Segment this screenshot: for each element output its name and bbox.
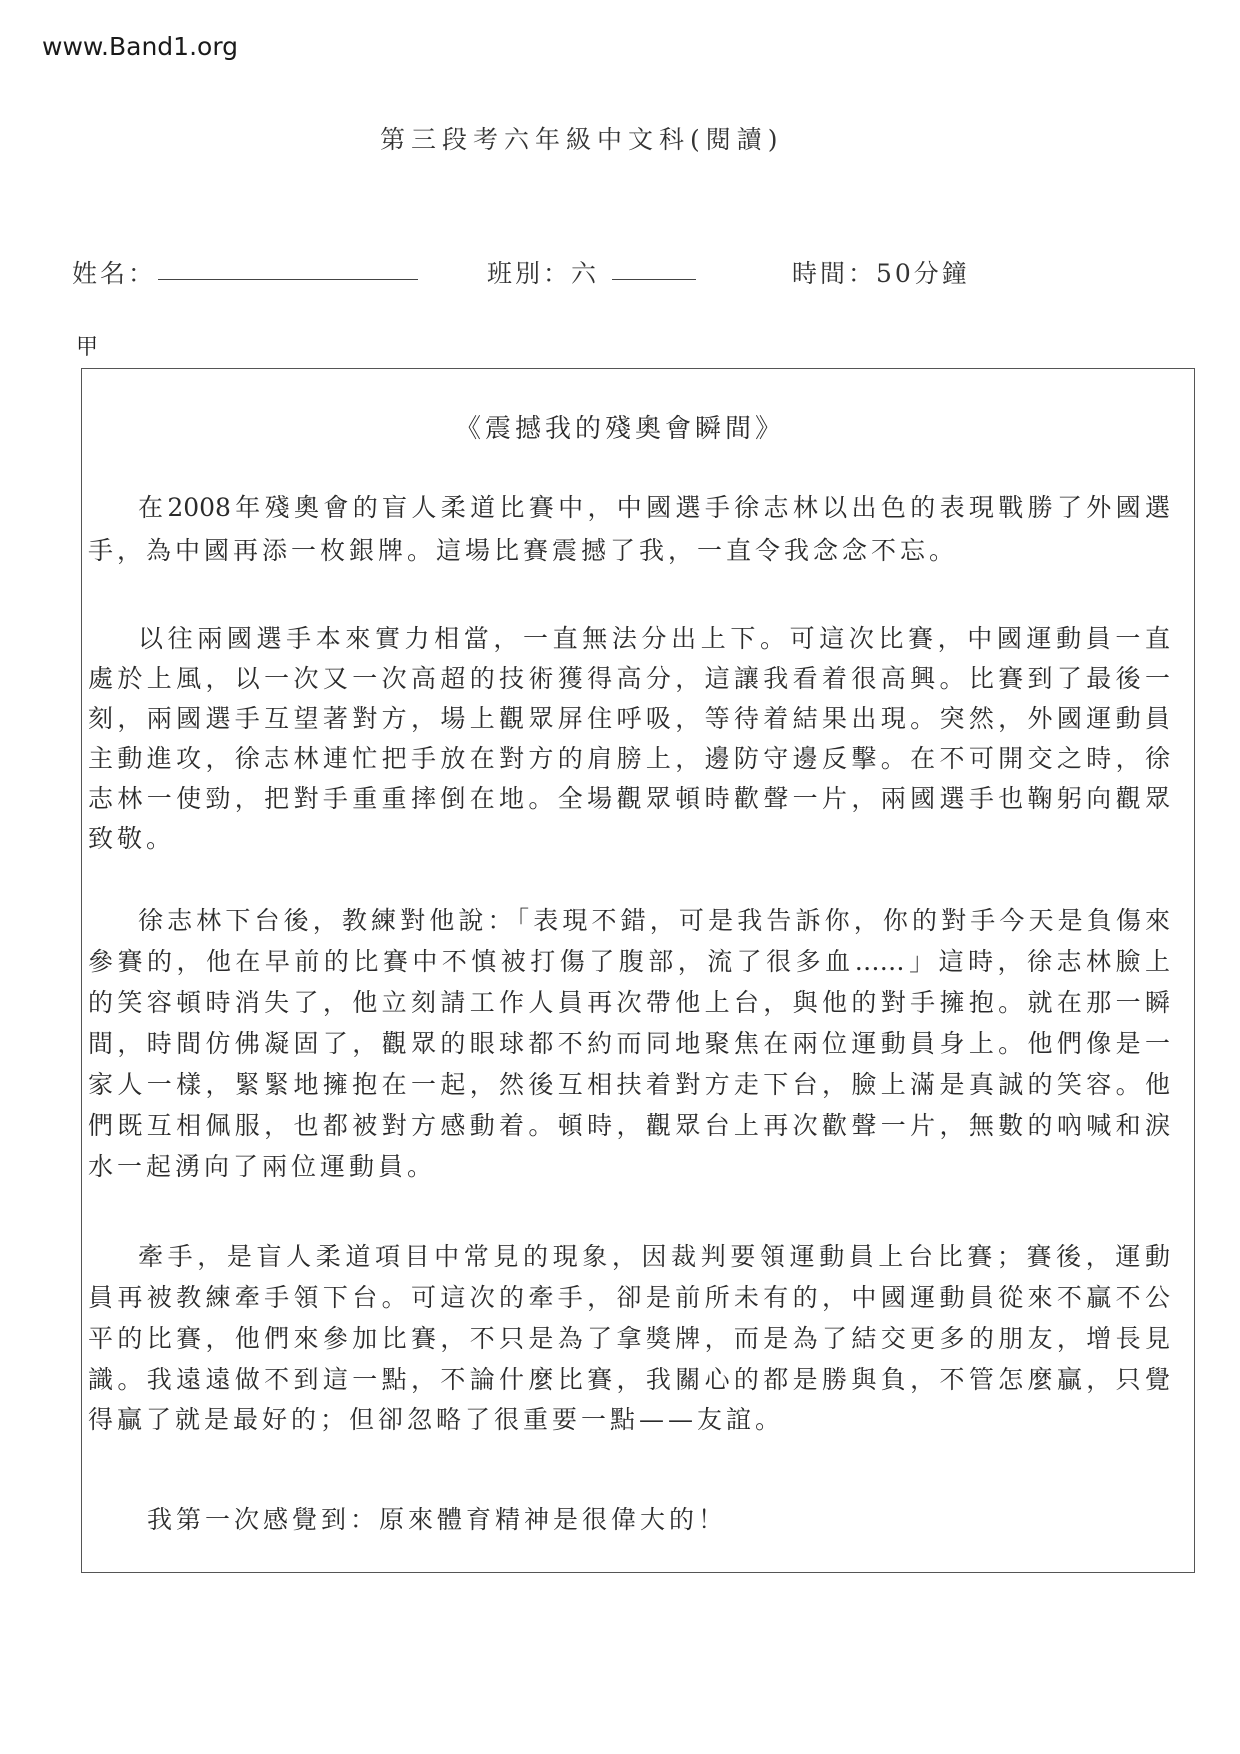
time-label: 時間：50分鐘 xyxy=(792,254,970,290)
class-label: 班別：六 xyxy=(487,254,599,290)
paragraph-3-line-1: 徐志林下台後，教練對他說：「表現不錯，可是我告訴你，你的對手今天是負傷來 xyxy=(138,906,1170,936)
paragraph-4-line-2: 員再被教練牽手領下台。可這次的牽手，卻是前所未有的，中國運動員從來不贏不公 xyxy=(88,1283,1170,1313)
paragraph-3-line-2: 參賽的，他在早前的比賽中不慎被打傷了腹部，流了很多血……」這時，徐志林臉上 xyxy=(88,947,1170,977)
passage-title: 《震撼我的殘奧會瞬間》 xyxy=(0,408,1240,445)
paragraph-4-line-4: 識。我遠遠做不到這一點，不論什麼比賽，我關心的都是勝與負，不管怎麼贏，只覺 xyxy=(88,1365,1170,1395)
paragraph-5-line-1: 我第一次感覺到：原來體育精神是很偉大的！ xyxy=(147,1505,1179,1535)
site-watermark: www.Band1.org xyxy=(42,32,238,61)
name-blank-field[interactable] xyxy=(158,279,418,280)
paragraph-4-line-1: 牽手，是盲人柔道項目中常見的現象，因裁判要領運動員上台比賽；賽後，運動 xyxy=(138,1242,1170,1272)
paragraph-4-line-3: 平的比賽，他們來參加比賽，不只是為了拿獎牌，而是為了結交更多的朋友，增長見 xyxy=(88,1324,1170,1354)
paragraph-3-line-7: 水一起湧向了兩位運動員。 xyxy=(88,1152,1170,1182)
paragraph-2-line-4: 主動進攻，徐志林連忙把手放在對方的肩膀上，邊防守邊反擊。在不可開交之時，徐 xyxy=(88,744,1170,774)
paragraph-3-line-3: 的笑容頓時消失了，他立刻請工作人員再次帶他上台，與他的對手擁抱。就在那一瞬 xyxy=(88,988,1170,1018)
paragraph-2-line-2: 處於上風，以一次又一次高超的技術獲得高分，這讓我看着很高興。比賽到了最後一 xyxy=(88,664,1170,694)
class-blank-field[interactable] xyxy=(612,279,696,280)
paragraph-2-line-5: 志林一使勁，把對手重重摔倒在地。全場觀眾頓時歡聲一片，兩國選手也鞠躬向觀眾 xyxy=(88,784,1170,814)
name-label: 姓名： xyxy=(72,254,156,290)
section-mark: 甲 xyxy=(76,330,98,361)
exam-title: 第三段考六年級中文科(閱讀) xyxy=(380,120,784,156)
paragraph-2-line-1: 以往兩國選手本來實力相當，一直無法分出上下。可這次比賽，中國運動員一直 xyxy=(138,624,1170,654)
paragraph-2-line-6: 致敬。 xyxy=(88,824,1170,854)
paragraph-4-line-5: 得贏了就是最好的；但卻忽略了很重要一點——友誼。 xyxy=(88,1405,1170,1435)
paragraph-1-line-2: 手，為中國再添一枚銀牌。這場比賽震撼了我，一直令我念念不忘。 xyxy=(88,536,1170,566)
paragraph-3-line-5: 家人一樣，緊緊地擁抱在一起，然後互相扶着對方走下台，臉上滿是真誠的笑容。他 xyxy=(88,1070,1170,1100)
paragraph-3-line-4: 間，時間仿佛凝固了，觀眾的眼球都不約而同地聚焦在兩位運動員身上。他們像是一 xyxy=(88,1029,1170,1059)
paragraph-3-line-6: 們既互相佩服，也都被對方感動着。頓時，觀眾台上再次歡聲一片，無數的吶喊和淚 xyxy=(88,1111,1170,1141)
paragraph-2-line-3: 刻，兩國選手互望著對方，場上觀眾屏住呼吸，等待着結果出現。突然，外國運動員 xyxy=(88,704,1170,734)
paragraph-1-line-1: 在2008年殘奧會的盲人柔道比賽中，中國選手徐志林以出色的表現戰勝了外國選 xyxy=(138,493,1170,523)
